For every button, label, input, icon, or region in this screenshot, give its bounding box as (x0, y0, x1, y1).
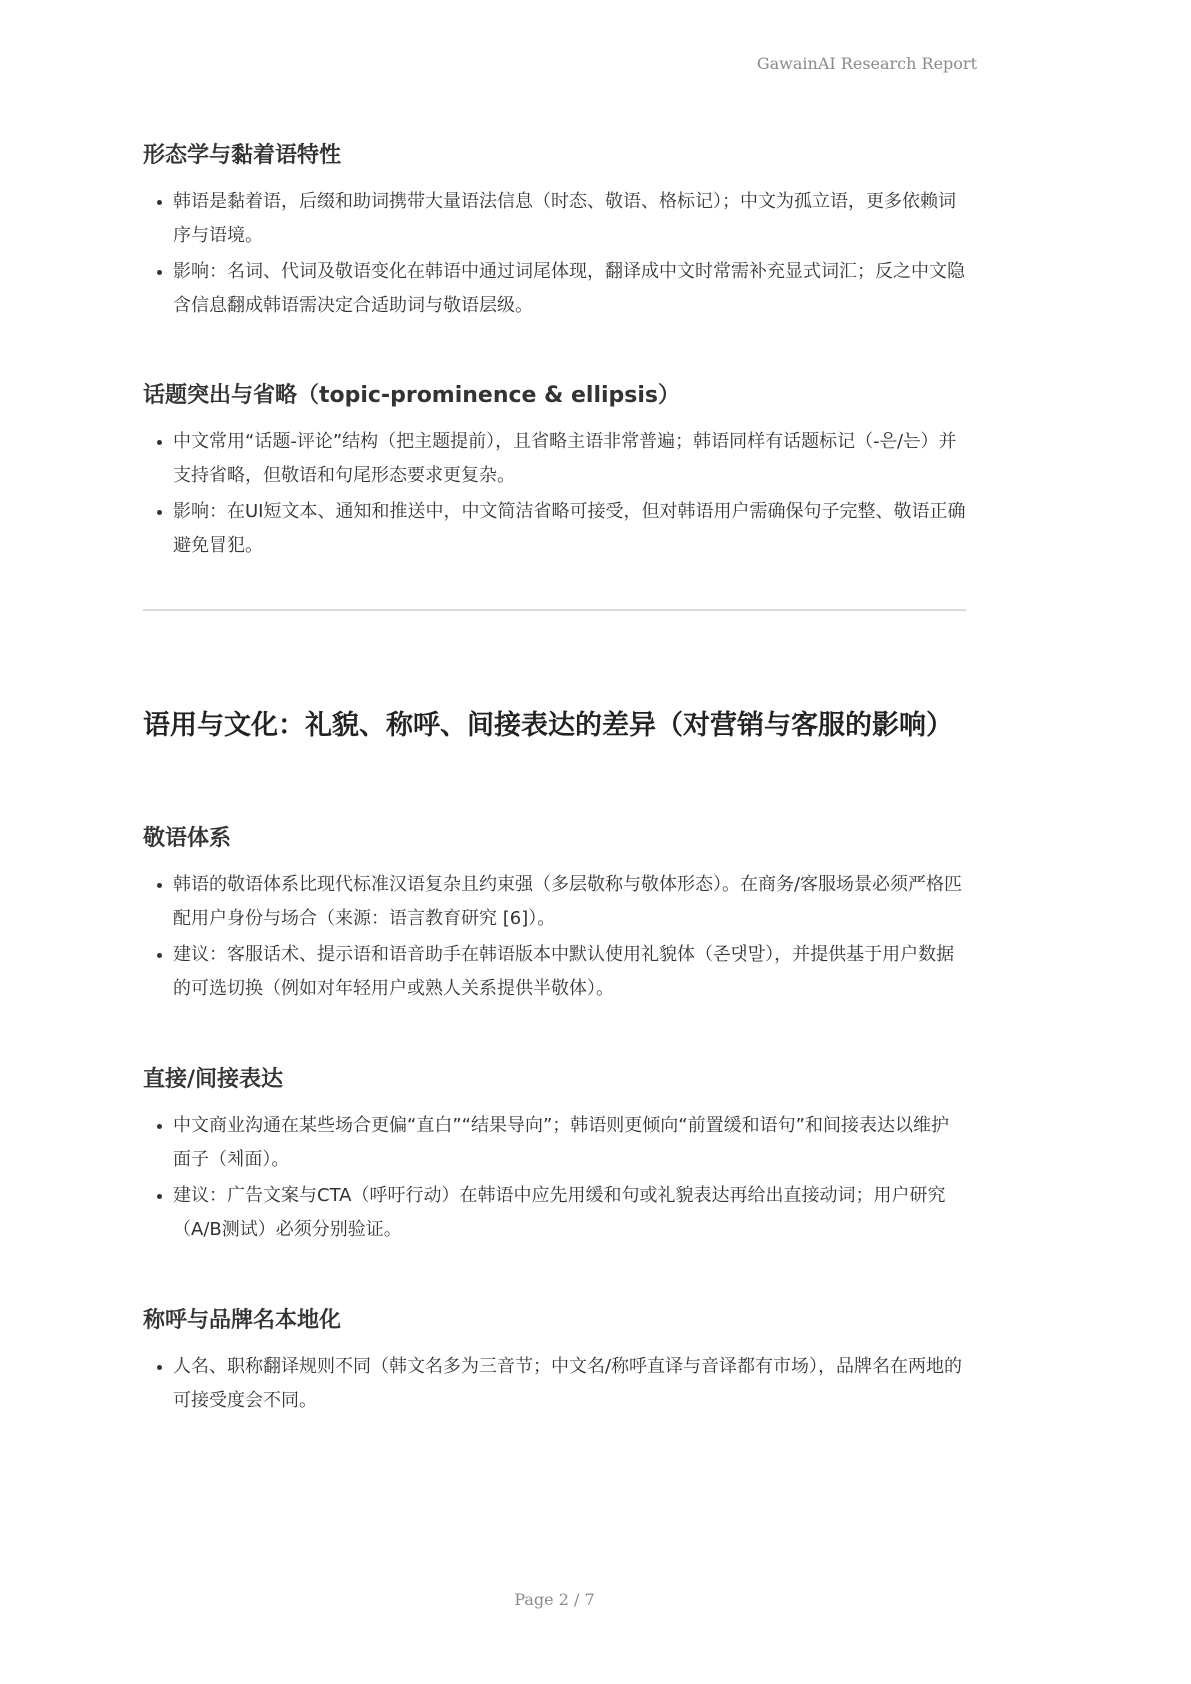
bullet-icon (157, 440, 162, 445)
bullet-icon (157, 953, 162, 958)
list-item: 建议：客服话术、提示语和语音助手在韩语版本中默认使用礼貌体（존댓말），并提供基于… (143, 938, 966, 1006)
list-item: 建议：广告文案与CTA（呼吁行动）在韩语中应先用缓和句或礼貌表达再给出直接动词；… (143, 1179, 966, 1247)
list-item-text: 中文商业沟通在某些场合更偏“直白”“结果导向”；韩语则更倾向“前置缓和语句”和间… (173, 1115, 949, 1170)
list-item: 中文商业沟通在某些场合更偏“直白”“结果导向”；韩语则更倾向“前置缓和语句”和间… (143, 1109, 966, 1177)
list-item-text: 建议：客服话术、提示语和语音助手在韩语版本中默认使用礼貌体（존댓말），并提供基于… (173, 944, 954, 999)
list-item-text: 建议：广告文案与CTA（呼吁行动）在韩语中应先用缓和句或礼貌表达再给出直接动词；… (173, 1185, 945, 1240)
bullet-list: 中文商业沟通在某些场合更偏“直白”“结果导向”；韩语则更倾向“前置缓和语句”和间… (143, 1109, 966, 1247)
bullet-list: 韩语是黏着语，后缀和助词携带大量语法信息（时态、敬语、格标记）；中文为孤立语，更… (143, 185, 966, 323)
section-naming-localization: 称呼与品牌名本地化 人名、职称翻译规则不同（韩文名多为三音节；中文名/称呼直译与… (143, 1303, 966, 1420)
list-item-text: 韩语是黏着语，后缀和助词携带大量语法信息（时态、敬语、格标记）；中文为孤立语，更… (173, 191, 956, 246)
page-indicator: Page 2 / 7 (0, 1590, 1109, 1609)
bullet-list: 中文常用“话题-评论”结构（把主题提前），且省略主语非常普遍；韩语同样有话题标记… (143, 425, 966, 563)
section-honorifics: 敬语体系 韩语的敬语体系比现代标准汉语复杂且约束强（多层敬称与敬体形态）。在商务… (143, 821, 966, 1008)
list-item: 韩语的敬语体系比现代标准汉语复杂且约束强（多层敬称与敬体形态）。在商务/客服场景… (143, 868, 966, 936)
list-item-text: 人名、职称翻译规则不同（韩文名多为三音节；中文名/称呼直译与音译都有市场），品牌… (173, 1356, 962, 1411)
section-divider (143, 609, 966, 611)
list-item-text: 中文常用“话题-评论”结构（把主题提前），且省略主语非常普遍；韩语同样有话题标记… (173, 431, 956, 486)
bullet-list: 人名、职称翻译规则不同（韩文名多为三音节；中文名/称呼直译与音译都有市场），品牌… (143, 1350, 966, 1418)
list-item: 影响：名词、代词及敬语变化在韩语中通过词尾体现，翻译成中文时常需补充显式词汇；反… (143, 255, 966, 323)
section-heading: 直接/间接表达 (143, 1062, 966, 1093)
list-item-text: 韩语的敬语体系比现代标准汉语复杂且约束强（多层敬称与敬体形态）。在商务/客服场景… (173, 874, 962, 929)
section-heading: 形态学与黏着语特性 (143, 138, 966, 169)
bullet-icon (157, 1365, 162, 1370)
bullet-icon (157, 200, 162, 205)
list-item: 中文常用“话题-评论”结构（把主题提前），且省略主语非常普遍；韩语同样有话题标记… (143, 425, 966, 493)
list-item-text: 影响：名词、代词及敬语变化在韩语中通过词尾体现，翻译成中文时常需补充显式词汇；反… (173, 261, 965, 316)
list-item: 人名、职称翻译规则不同（韩文名多为三音节；中文名/称呼直译与音译都有市场），品牌… (143, 1350, 966, 1418)
bullet-icon (157, 883, 162, 888)
bullet-icon (157, 1194, 162, 1199)
list-item: 影响：在UI短文本、通知和推送中，中文简洁省略可接受，但对韩语用户需确保句子完整… (143, 495, 966, 563)
report-header-title: GawainAI Research Report (757, 54, 977, 73)
section-heading: 敬语体系 (143, 821, 966, 852)
list-item: 韩语是黏着语，后缀和助词携带大量语法信息（时态、敬语、格标记）；中文为孤立语，更… (143, 185, 966, 253)
bullet-icon (157, 1124, 162, 1129)
chapter-pragmatics: 语用与文化：礼貌、称呼、间接表达的差异（对营销与客服的影响） (143, 703, 966, 742)
bullet-icon (157, 270, 162, 275)
chapter-heading: 语用与文化：礼貌、称呼、间接表达的差异（对营销与客服的影响） (143, 703, 966, 742)
section-topic-prominence: 话题突出与省略（topic-prominence & ellipsis） 中文常… (143, 378, 966, 565)
list-item-text: 影响：在UI短文本、通知和推送中，中文简洁省略可接受，但对韩语用户需确保句子完整… (173, 501, 965, 556)
section-heading: 称呼与品牌名本地化 (143, 1303, 966, 1334)
section-morphology: 形态学与黏着语特性 韩语是黏着语，后缀和助词携带大量语法信息（时态、敬语、格标记… (143, 138, 966, 325)
bullet-list: 韩语的敬语体系比现代标准汉语复杂且约束强（多层敬称与敬体形态）。在商务/客服场景… (143, 868, 966, 1006)
section-heading: 话题突出与省略（topic-prominence & ellipsis） (143, 378, 966, 409)
bullet-icon (157, 510, 162, 515)
section-directness: 直接/间接表达 中文商业沟通在某些场合更偏“直白”“结果导向”；韩语则更倾向“前… (143, 1062, 966, 1249)
